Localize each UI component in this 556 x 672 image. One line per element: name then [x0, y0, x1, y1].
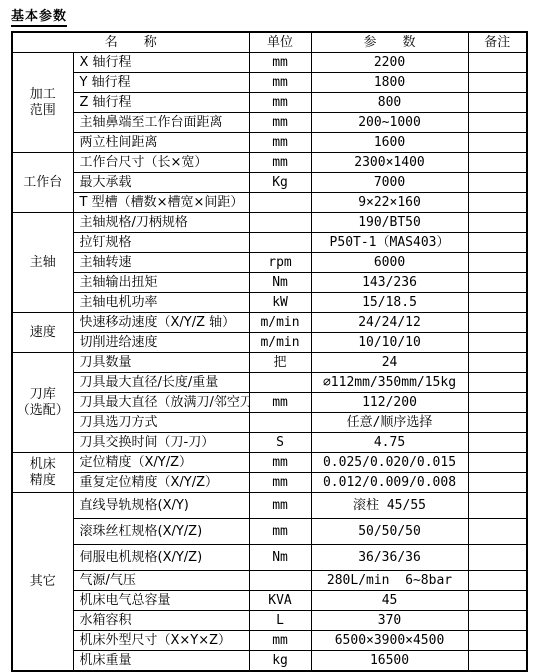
unit-cell	[249, 373, 311, 393]
name-cell: 气源/气压	[73, 571, 249, 591]
remark-cell	[468, 133, 527, 153]
name-cell: 刀具数量	[73, 353, 249, 373]
table-row: 切削进给速度m/min10/10/10	[12, 333, 527, 353]
remark-cell	[468, 591, 527, 611]
unit-cell: m/min	[249, 313, 311, 333]
param-cell: 4.75	[311, 433, 468, 453]
remark-cell	[468, 373, 527, 393]
name-cell: Y 轴行程	[73, 73, 249, 93]
remark-cell	[468, 253, 527, 273]
remark-cell	[468, 393, 527, 413]
page: 基本参数 名 称 单位 参 数 备注 加工 范围X 轴行程mm2200Y 轴行程…	[0, 0, 556, 672]
unit-cell: mm	[249, 53, 311, 73]
remark-cell	[468, 353, 527, 373]
header-remark: 备注	[468, 32, 527, 53]
unit-cell: mm	[249, 153, 311, 173]
name-cell: 拉钉规格	[73, 233, 249, 253]
table-row: 刀具选刀方式任意/顺序选择	[12, 413, 527, 433]
unit-cell: Nm	[249, 545, 311, 571]
unit-cell: mm	[249, 453, 311, 473]
table-row: 刀具交换时间（刀-刀）S4.75	[12, 433, 527, 453]
table-row: 主轴鼻端至工作台面距离mm200~1000	[12, 113, 527, 133]
table-row: 最大承载Kg7000	[12, 173, 527, 193]
header-name: 名 称	[12, 32, 249, 53]
group-label: 机床 精度	[12, 453, 73, 493]
table-row: 刀具最大直径（放满刀/邻空刀）mm112/200	[12, 393, 527, 413]
group-label: 工作台	[12, 153, 73, 213]
param-cell: 0.025/0.020/0.015	[311, 453, 468, 473]
param-cell: 9×22×160	[311, 193, 468, 213]
group-label: 加工 范围	[12, 53, 73, 153]
remark-cell	[468, 571, 527, 591]
param-cell: 任意/顺序选择	[311, 413, 468, 433]
param-cell: 1800	[311, 73, 468, 93]
remark-cell	[468, 611, 527, 631]
name-cell: 切削进给速度	[73, 333, 249, 353]
spec-table-body: 加工 范围X 轴行程mm2200Y 轴行程mm1800Z 轴行程mm800主轴鼻…	[12, 53, 527, 672]
name-cell: 机床重量	[73, 651, 249, 672]
remark-cell	[468, 193, 527, 213]
remark-cell	[468, 293, 527, 313]
name-cell: 主轴鼻端至工作台面距离	[73, 113, 249, 133]
remark-cell	[468, 493, 527, 519]
group-label: 主轴	[12, 213, 73, 313]
param-cell: 45	[311, 591, 468, 611]
table-row: 主轴电机功率kW15/18.5	[12, 293, 527, 313]
table-row: T 型槽（槽数×槽宽×间距）9×22×160	[12, 193, 527, 213]
table-row: 其它直线导轨规格(X/Y)mm滚柱 45/55	[12, 493, 527, 519]
remark-cell	[468, 153, 527, 173]
group-label: 速度	[12, 313, 73, 353]
table-row: 刀具最大直径/长度/重量∅112mm/350mm/15kg	[12, 373, 527, 393]
table-row: 水箱容积L370	[12, 611, 527, 631]
table-row: Z 轴行程mm800	[12, 93, 527, 113]
name-cell: 主轴转速	[73, 253, 249, 273]
remark-cell	[468, 53, 527, 73]
remark-cell	[468, 213, 527, 233]
param-cell: 6500×3900×4500	[311, 631, 468, 651]
remark-cell	[468, 473, 527, 493]
unit-cell: kW	[249, 293, 311, 313]
name-cell: 工作台尺寸（长×宽）	[73, 153, 249, 173]
unit-cell: Kg	[249, 173, 311, 193]
table-row: 机床 精度定位精度（X/Y/Z）mm0.025/0.020/0.015	[12, 453, 527, 473]
unit-cell: L	[249, 611, 311, 631]
unit-cell: KVA	[249, 591, 311, 611]
table-row: Y 轴行程mm1800	[12, 73, 527, 93]
unit-cell: S	[249, 433, 311, 453]
name-cell: Z 轴行程	[73, 93, 249, 113]
unit-cell: mm	[249, 473, 311, 493]
name-cell: X 轴行程	[73, 53, 249, 73]
param-cell: 190/BT50	[311, 213, 468, 233]
remark-cell	[468, 651, 527, 672]
param-cell: ∅112mm/350mm/15kg	[311, 373, 468, 393]
table-row: 刀库 （选配）刀具数量把24	[12, 353, 527, 373]
table-row: 滚珠丝杠规格(X/Y/Z)mm50/50/50	[12, 519, 527, 545]
unit-cell	[249, 213, 311, 233]
unit-cell	[249, 571, 311, 591]
param-cell: 24/24/12	[311, 313, 468, 333]
unit-cell	[249, 233, 311, 253]
remark-cell	[468, 113, 527, 133]
param-cell: 2300×1400	[311, 153, 468, 173]
name-cell: 水箱容积	[73, 611, 249, 631]
name-cell: 伺服电机规格(X/Y/Z)	[73, 545, 249, 571]
param-cell: 112/200	[311, 393, 468, 413]
remark-cell	[468, 631, 527, 651]
name-cell: 主轴输出扭矩	[73, 273, 249, 293]
param-cell: 36/36/36	[311, 545, 468, 571]
param-cell: 10/10/10	[311, 333, 468, 353]
remark-cell	[468, 413, 527, 433]
param-cell: 15/18.5	[311, 293, 468, 313]
header-param: 参 数	[311, 32, 468, 53]
unit-cell: kg	[249, 651, 311, 672]
table-row: 重复定位精度（X/Y/Z）mm0.012/0.009/0.008	[12, 473, 527, 493]
remark-cell	[468, 73, 527, 93]
table-row: 主轴输出扭矩Nm143/236	[12, 273, 527, 293]
remark-cell	[468, 273, 527, 293]
param-cell: 24	[311, 353, 468, 373]
table-row: 加工 范围X 轴行程mm2200	[12, 53, 527, 73]
param-cell: 280L/min 6~8bar	[311, 571, 468, 591]
param-cell: 200~1000	[311, 113, 468, 133]
page-title: 基本参数	[11, 9, 67, 27]
param-cell: 370	[311, 611, 468, 631]
unit-cell: mm	[249, 493, 311, 519]
name-cell: 机床电气总容量	[73, 591, 249, 611]
group-label: 其它	[12, 493, 73, 672]
param-cell: 800	[311, 93, 468, 113]
param-cell: 1600	[311, 133, 468, 153]
name-cell: T 型槽（槽数×槽宽×间距）	[73, 193, 249, 213]
param-cell: P50T-1（MAS403）	[311, 233, 468, 253]
table-row: 机床电气总容量KVA45	[12, 591, 527, 611]
spec-table: 名 称 单位 参 数 备注 加工 范围X 轴行程mm2200Y 轴行程mm180…	[11, 31, 528, 672]
param-cell: 7000	[311, 173, 468, 193]
table-row: 伺服电机规格(X/Y/Z)Nm36/36/36	[12, 545, 527, 571]
param-cell: 0.012/0.009/0.008	[311, 473, 468, 493]
unit-cell: 把	[249, 353, 311, 373]
unit-cell: mm	[249, 393, 311, 413]
param-cell: 16500	[311, 651, 468, 672]
name-cell: 快速移动速度（X/Y/Z 轴）	[73, 313, 249, 333]
name-cell: 机床外型尺寸（X×Y×Z）	[73, 631, 249, 651]
name-cell: 主轴电机功率	[73, 293, 249, 313]
table-row: 两立柱间距离mm1600	[12, 133, 527, 153]
remark-cell	[468, 519, 527, 545]
unit-cell: Nm	[249, 273, 311, 293]
name-cell: 刀具最大直径/长度/重量	[73, 373, 249, 393]
unit-cell: mm	[249, 133, 311, 153]
unit-cell	[249, 413, 311, 433]
param-cell: 6000	[311, 253, 468, 273]
remark-cell	[468, 545, 527, 571]
param-cell: 2200	[311, 53, 468, 73]
remark-cell	[468, 173, 527, 193]
name-cell: 主轴规格/刀柄规格	[73, 213, 249, 233]
table-row: 速度快速移动速度（X/Y/Z 轴）m/min24/24/12	[12, 313, 527, 333]
header-row: 名 称 单位 参 数 备注	[12, 32, 527, 53]
table-row: 机床外型尺寸（X×Y×Z）mm6500×3900×4500	[12, 631, 527, 651]
unit-cell: mm	[249, 113, 311, 133]
param-cell: 143/236	[311, 273, 468, 293]
header-unit: 单位	[249, 32, 311, 53]
table-row: 工作台工作台尺寸（长×宽）mm2300×1400	[12, 153, 527, 173]
table-row: 拉钉规格P50T-1（MAS403）	[12, 233, 527, 253]
name-cell: 两立柱间距离	[73, 133, 249, 153]
unit-cell: mm	[249, 93, 311, 113]
name-cell: 刀具最大直径（放满刀/邻空刀）	[73, 393, 249, 413]
unit-cell: m/min	[249, 333, 311, 353]
table-row: 主轴转速rpm6000	[12, 253, 527, 273]
remark-cell	[468, 93, 527, 113]
table-row: 主轴主轴规格/刀柄规格190/BT50	[12, 213, 527, 233]
group-label: 刀库 （选配）	[12, 353, 73, 453]
remark-cell	[468, 433, 527, 453]
name-cell: 定位精度（X/Y/Z）	[73, 453, 249, 473]
remark-cell	[468, 333, 527, 353]
unit-cell: rpm	[249, 253, 311, 273]
table-row: 气源/气压280L/min 6~8bar	[12, 571, 527, 591]
name-cell: 刀具交换时间（刀-刀）	[73, 433, 249, 453]
unit-cell: mm	[249, 631, 311, 651]
unit-cell: mm	[249, 73, 311, 93]
param-cell: 滚柱 45/55	[311, 493, 468, 519]
name-cell: 直线导轨规格(X/Y)	[73, 493, 249, 519]
remark-cell	[468, 453, 527, 473]
param-cell: 50/50/50	[311, 519, 468, 545]
name-cell: 滚珠丝杠规格(X/Y/Z)	[73, 519, 249, 545]
name-cell: 重复定位精度（X/Y/Z）	[73, 473, 249, 493]
unit-cell: mm	[249, 519, 311, 545]
name-cell: 最大承载	[73, 173, 249, 193]
remark-cell	[468, 233, 527, 253]
name-cell: 刀具选刀方式	[73, 413, 249, 433]
unit-cell	[249, 193, 311, 213]
remark-cell	[468, 313, 527, 333]
